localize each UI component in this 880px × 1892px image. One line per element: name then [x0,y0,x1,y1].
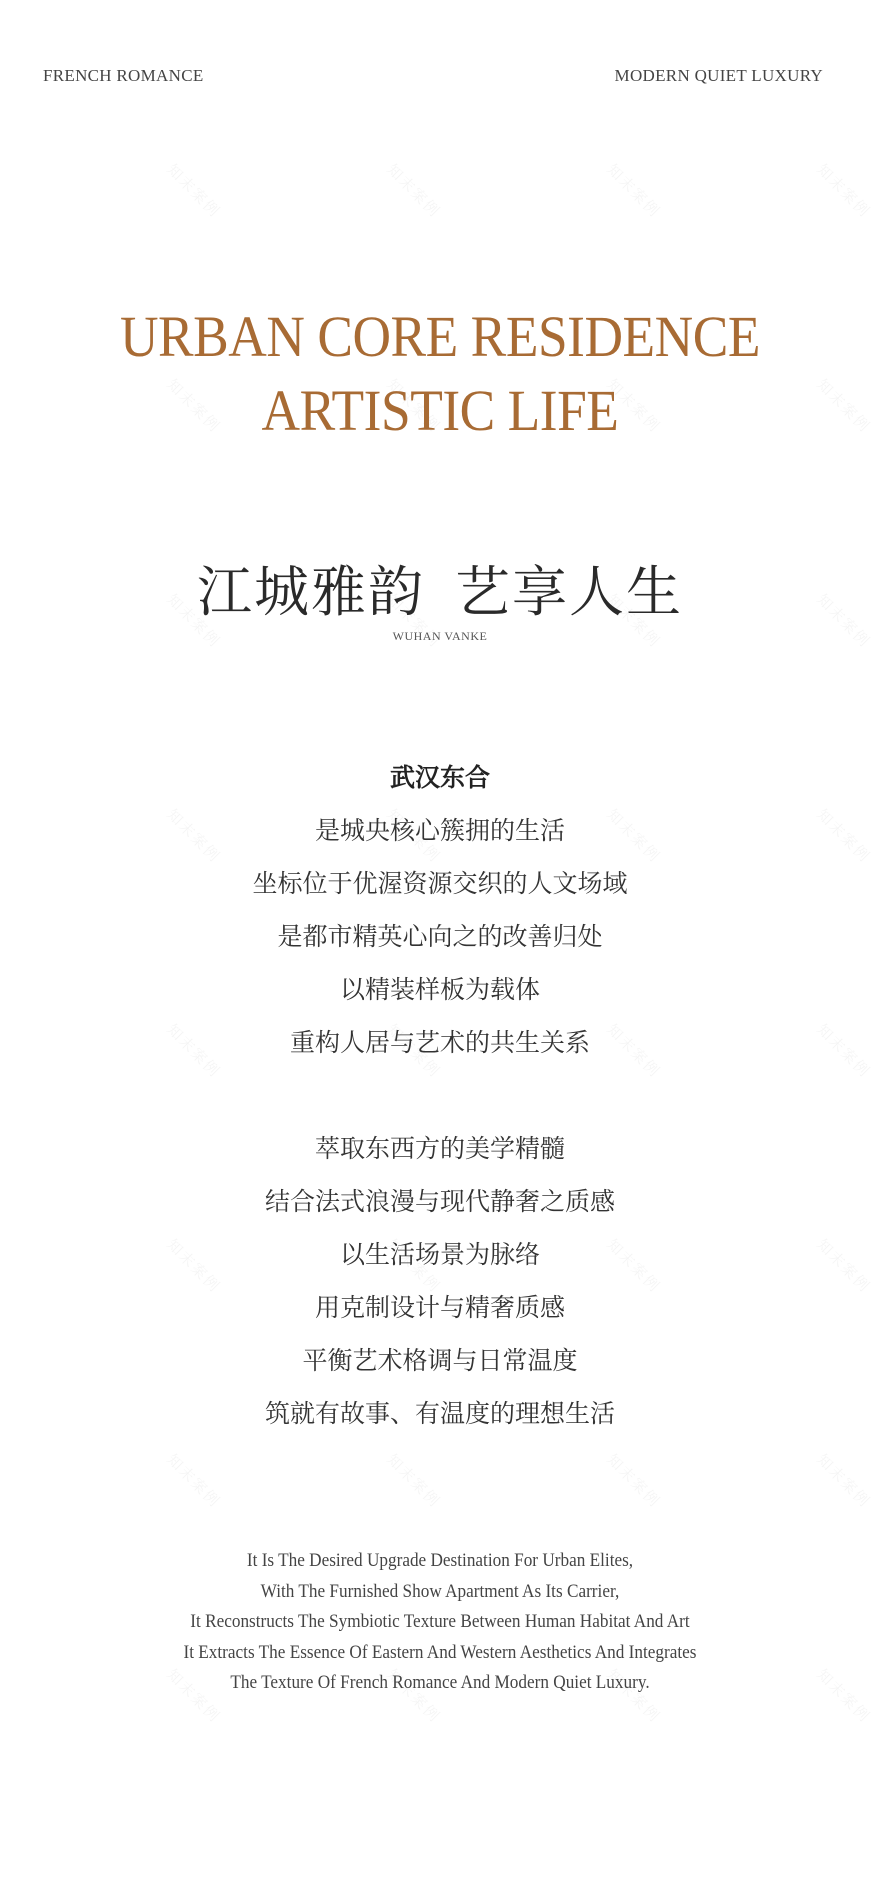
brand-subtitle: WUHAN VANKE [0,629,880,644]
poem-section-1: 武汉东合 是城央核心簇拥的生活 坐标位于优渥资源交织的人文场域 是都市精英心向之… [0,751,880,1069]
watermark: 知末案例 [163,1449,226,1512]
english-paragraph: It Is The Desired Upgrade Destination Fo… [0,1546,880,1699]
english-line: It Extracts The Essence Of Eastern And W… [31,1638,849,1669]
poem-line: 以生活场景为脉络 [0,1228,880,1281]
english-line: It Reconstructs The Symbiotic Texture Be… [31,1607,849,1638]
poem-line: 用克制设计与精奢质感 [0,1281,880,1334]
poem-line: 坐标位于优渥资源交织的人文场域 [0,857,880,910]
poem-section-2: 萃取东西方的美学精髓 结合法式浪漫与现代静奢之质感 以生活场景为脉络 用克制设计… [0,1122,880,1440]
poem-line: 平衡艺术格调与日常温度 [0,1334,880,1387]
poem-line: 是都市精英心向之的改善归处 [0,910,880,963]
english-line: With The Furnished Show Apartment As Its… [31,1577,849,1608]
english-line: The Texture Of French Romance And Modern… [31,1668,849,1699]
header-right-tagline: MODERN QUIET LUXURY [615,66,823,86]
title-line-2: ARTISTIC LIFE [35,382,845,440]
poem-line: 是城央核心簇拥的生活 [0,804,880,857]
poem-line: 结合法式浪漫与现代静奢之质感 [0,1175,880,1228]
watermark: 知末案例 [603,1449,666,1512]
title-line-1: URBAN CORE RESIDENCE [35,308,845,366]
heading-part-1: 江城雅韵 [197,560,425,624]
header-left-tagline: FRENCH ROMANCE [43,66,204,86]
poem-line: 重构人居与艺术的共生关系 [0,1016,880,1069]
poem-line: 筑就有故事、有温度的理想生活 [0,1387,880,1440]
watermark: 知末案例 [383,1449,446,1512]
english-line: It Is The Desired Upgrade Destination Fo… [31,1546,849,1577]
chinese-heading: 江城雅韵艺享人生 [0,548,880,627]
watermark: 知末案例 [813,1449,876,1512]
poem-title: 武汉东合 [0,751,880,804]
poem-line: 以精装样板为载体 [0,963,880,1016]
heading-part-2: 艺享人生 [455,560,683,624]
poem-line: 萃取东西方的美学精髓 [0,1122,880,1175]
watermark: 知末案例 [163,159,226,222]
watermark: 知末案例 [603,159,666,222]
watermark: 知末案例 [383,159,446,222]
watermark: 知末案例 [813,159,876,222]
